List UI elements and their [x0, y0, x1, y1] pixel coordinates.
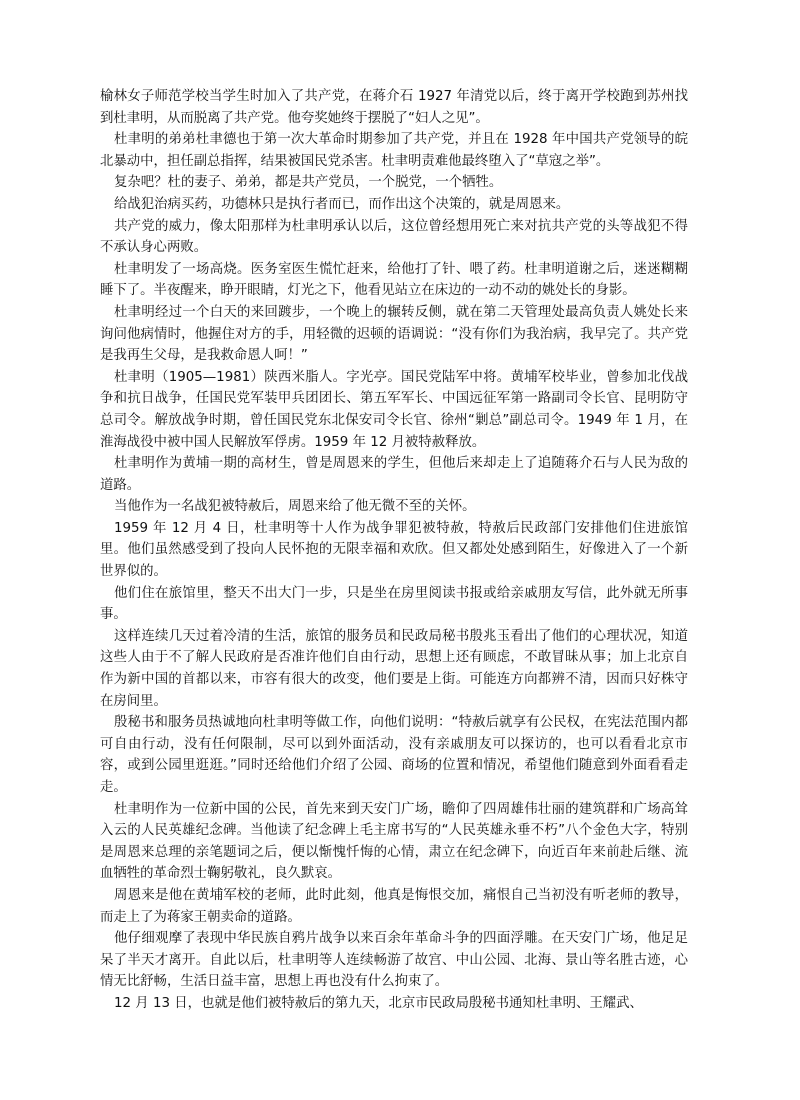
paragraph: 杜聿明发了一场高烧。医务室医生慌忙赶来，给他打了针、喂了药。杜聿明道谢之后，迷迷…: [100, 259, 688, 302]
paragraph: 榆林女子师范学校当学生时加入了共产党，在蒋介石 1927 年清党以后，终于离开学…: [100, 86, 688, 129]
paragraph: 杜聿明（1905—1981）陕西米脂人。字光亭。国民党陆军中将。黄埔军校毕业，曾…: [100, 367, 688, 453]
document-page: 榆林女子师范学校当学生时加入了共产党，在蒋介石 1927 年清党以后，终于离开学…: [100, 86, 688, 1015]
paragraph: 共产党的威力，像太阳那样为杜聿明承认以后，这位曾经想用死亡来对抗共产党的头等战犯…: [100, 216, 688, 259]
paragraph: 杜聿明经过一个白天的来回踱步，一个晚上的辗转反侧，就在第二天管理处最高负责人姚处…: [100, 302, 688, 367]
paragraph: 殷秘书和服务员热诚地向杜聿明等做工作，向他们说明：“特赦后就享有公民权，在宪法范…: [100, 712, 688, 798]
paragraph: 给战犯治病买药，功德林只是执行者而已，而作出这个决策的，就是周恩来。: [100, 194, 688, 216]
paragraph: 复杂吧？杜的妻子、弟弟，都是共产党员，一个脱党，一个牺牲。: [100, 172, 688, 194]
paragraph: 他仔细观摩了表现中华民族自鸦片战争以来百余年革命斗争的四面浮雕。在天安门广场，他…: [100, 928, 688, 993]
paragraph: 12 月 13 日，也就是他们被特赦后的第九天，北京市民政局殷秘书通知杜聿明、王…: [100, 993, 688, 1015]
paragraph: 周恩来是他在黄埔军校的老师，此时此刻，他真是悔恨交加，痛恨自己当初没有听老师的教…: [100, 885, 688, 928]
paragraph: 杜聿明作为一位新中国的公民，首先来到天安门广场，瞻仰了四周雄伟壮丽的建筑群和广场…: [100, 799, 688, 885]
paragraph: 当他作为一名战犯被特赦后，周恩来给了他无微不至的关怀。: [100, 496, 688, 518]
paragraph: 1959 年 12 月 4 日，杜聿明等十人作为战争罪犯被特赦，特赦后民政部门安…: [100, 518, 688, 583]
paragraph: 杜聿明作为黄埔一期的高材生，曾是周恩来的学生，但他后来却走上了追随蒋介石与人民为…: [100, 453, 688, 496]
paragraph: 这样连续几天过着冷清的生活，旅馆的服务员和民政局秘书殷兆玉看出了他们的心理状况，…: [100, 626, 688, 712]
paragraph: 他们住在旅馆里，整天不出大门一步，只是坐在房里阅读书报或给亲戚朋友写信，此外就无…: [100, 583, 688, 626]
paragraph: 杜聿明的弟弟杜聿德也于第一次大革命时期参加了共产党，并且在 1928 年中国共产…: [100, 129, 688, 172]
